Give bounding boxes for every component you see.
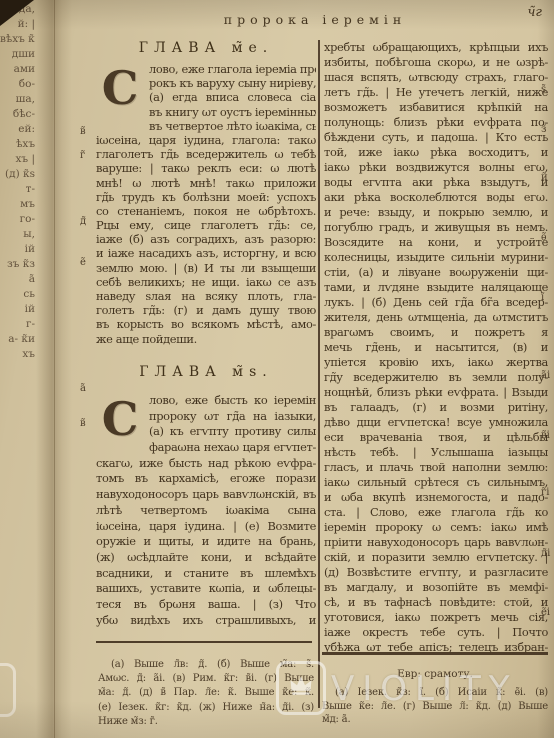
body-text-line: возможетъ избавитися крѣпкій на [324, 100, 548, 115]
right-footnote-rule [322, 652, 548, 655]
body-text-line: іеремін пророку ω семъ: іакω имѣ [324, 520, 548, 535]
body-text-line: сѣ, и въ тафнасѣ повѣдите: стой, и [324, 595, 548, 610]
drop-cap-initial: С [96, 394, 144, 455]
chapter-45-heading: ГЛАВА м̃е. [96, 40, 316, 56]
facing-page-fragment: а̃ [0, 272, 35, 287]
facing-page-fragment: мъ [0, 197, 35, 212]
body-text-line: іакω рѣки воздвижутся волны егω, [324, 160, 548, 175]
body-text-line: нощнѣй, близъ рѣки еѵфрата. | Взыди [324, 385, 548, 400]
left-margin-verse-numbers: в̃г̃д̃е̃а̃в̃ [80, 0, 95, 738]
body-text-line: гд̃ь трудъ къ болѣзни моей: успохъ [96, 190, 316, 204]
facing-page-fragment: г- [0, 317, 35, 332]
body-text-line: воды егѵпта аки рѣка взыдутъ, и [324, 175, 548, 190]
crown-icon [287, 674, 315, 702]
body-text-line: варуше: | такω реклъ еси: ω лютѣ [96, 161, 316, 175]
body-text-line: рокъ къ варуху сыну ниріеву, [149, 76, 316, 90]
facing-page-fragment: ы, [0, 227, 35, 242]
book-page-photo: да,й: |вѣхъ к̃едшиамибо-ша,бѣс-ей:ѣхъхъ … [0, 0, 554, 738]
body-text-line: мнѣ! ω лютѣ мнѣ! такω приложи [96, 176, 316, 190]
facing-page-fragment: дши [0, 47, 35, 62]
body-text-line: вашихъ, уставите кωпіа, и ωблецы- [96, 581, 316, 597]
margin-verse-number: в̃ [80, 126, 86, 137]
body-text-line: еси врачеваніа твоя, и цѣльбы [324, 430, 548, 445]
body-text-line: скагω, иже бысть над рѣкою еѵфра- [96, 456, 316, 472]
body-text-line: Рцы ему, сице глаголетъ гд̃ь: се, [96, 218, 316, 232]
margin-verse-number: г̃ [80, 150, 85, 161]
margin-verse-number: в̃ [80, 418, 86, 429]
body-text-line: гд̃у вседержителю въ земли полу- [324, 370, 548, 385]
margin-verse-number: а̃ [80, 383, 86, 394]
body-text-line: тами, и лѵдяне взыдите наляцающе [324, 280, 548, 295]
facing-page-fragment: бѣс- [0, 107, 35, 122]
facing-page-fragment: бо- [0, 77, 35, 92]
body-text-line: погублю градъ, и живущыя въ немъ. [324, 220, 548, 235]
chapter-45-paragraph: С лово, еже глагола іереміа про-рокъ къ … [96, 62, 316, 346]
body-text-line: упіется кровію ихъ, іакω жертва [324, 355, 548, 370]
body-text-line: дѣво дщи егѵпетска! всуе умножила [324, 415, 548, 430]
facing-page-fragment: т- [0, 182, 35, 197]
chapter-46-heading: ГЛАВА м̃ѕ. [96, 364, 316, 380]
watermark-crown-badge-partial [0, 663, 16, 717]
body-text-line: ста. | Слово, еже глагола гд̃ь ко [324, 505, 548, 520]
margin-verse-number: е̃ [80, 257, 86, 268]
body-text-line: врагωмъ своимъ, и пожретъ я [324, 325, 548, 340]
facing-page-text-fragments: да,й: |вѣхъ к̃едшиамибо-ша,бѣс-ей:ѣхъхъ … [0, 2, 35, 362]
margin-verse-number: д̃ [80, 216, 86, 227]
body-text-line: фараωна нехаω царя егѵпет- [149, 440, 316, 456]
body-text-line: глаголетъ гд̃ь вседержитель ω тебѣ [96, 147, 316, 161]
page-fold-line [54, 0, 55, 738]
body-text-line: и рече: взыду, и покрыю землю, и [324, 205, 548, 220]
body-text-line: той, иже іакω рѣка восходитъ, и [324, 145, 548, 160]
right-column-text: хребты ωбращающихъ, крѣпцыи ихъизбиты, п… [324, 40, 548, 656]
body-text-line: въ корысть во всякомъ мѣстѣ, амо- [96, 317, 316, 331]
body-text-line: іакω сильный срѣтеся съ сильнымъ, [324, 475, 548, 490]
facing-page-fragment: (д) к̃ѕ [0, 167, 35, 182]
body-text-line: іаже окрестъ тебе суть. | Почто [324, 625, 548, 640]
body-text-line: избиты, побѣгоша скорω, и не ωзрѣ- [324, 55, 548, 70]
body-text-line: голетъ гд̃ь: (г) и дамъ душу твою [96, 303, 316, 317]
facing-page-fragment: ій [0, 242, 35, 257]
facing-page-fragment: ей: [0, 122, 35, 137]
facing-page-fragment: го- [0, 212, 35, 227]
body-text-line: лукъ. | (б) День сей гд̃а бг̃а вседер- [324, 295, 548, 310]
body-text-line: (д) Возвѣстите егѵпту, и разгласите [324, 565, 548, 580]
body-text-line: наведу ѕлая на всяку плоть, гла- [96, 289, 316, 303]
body-text-line: и іаже насадихъ азъ, исторгну, и всю [96, 246, 316, 260]
body-text-line: аки рѣка восколеблются воды егω. [324, 190, 548, 205]
body-text-line: (а) егда вписа словеса сіа [149, 90, 316, 104]
body-text-line: убω видѣхъ ихъ страшливыхъ, и [96, 613, 316, 629]
facing-page-fragment: ій [0, 302, 35, 317]
body-text-line: землю мою. | (в) И ты ли взыщеши [96, 261, 316, 275]
body-text-line: стіи, (а) и лівуане воωруженіи щи- [324, 265, 548, 280]
body-text-line: мечь гд̃ень, и насытится, (в) и [324, 340, 548, 355]
drop-cap-initial: С [96, 63, 144, 119]
body-text-line: въ четвертое лѣто іωакіма, сына [149, 119, 316, 133]
body-text-line: бѣждени суть, и падоша. | Кто есть [324, 130, 548, 145]
body-text-line: (а) къ егѵпту противу силы [149, 424, 316, 440]
left-footnote-rule [96, 641, 312, 643]
body-text-line: пріити навуходоносоръ царь вавѵлωн- [324, 535, 548, 550]
body-text-line: полунощь: близъ рѣки еѵфрата по- [324, 115, 548, 130]
body-text-line: шася вспять, ωтвсюду страхъ, глаго- [324, 70, 548, 85]
body-text-line: всадники, и станите въ шлемѣхъ [96, 566, 316, 582]
facing-page-fragment: ша, [0, 92, 35, 107]
body-text-line: со стенаніемъ, покоя не ωбрѣтохъ. [96, 204, 316, 218]
body-text-line: нѣсть тебѣ. | Услышаша іазыцы [324, 445, 548, 460]
body-text-line: іωсеіна, царя іудина. | (е) Возмите [96, 519, 316, 535]
body-text-line: скій, и поразити землю егѵпетску. | [324, 550, 548, 565]
body-text-line: себѣ великихъ; не ищи. іакω се азъ [96, 275, 316, 289]
body-text-line: уготовися, іакω пожретъ мечь сія, [324, 610, 548, 625]
footnote-line: м̃д: а̃. [322, 713, 548, 727]
column-divider-rule [318, 40, 320, 708]
body-text-line: оружіе и щиты, и идите на брань, [96, 534, 316, 550]
body-text-line: летъ гд̃ь. | Не утечетъ легкій, ниже [324, 85, 548, 100]
body-text-line: лово, еже глагола іереміа про- [149, 62, 316, 76]
body-text-line: Возсядите на кони, и устройте [324, 235, 548, 250]
body-text-line: колесницы, изыдите сильніи мурини- [324, 250, 548, 265]
body-text-line: жителя, день ωтмщеніа, да ωтмститъ [324, 310, 548, 325]
facing-page-fragment: а- к̃и [0, 332, 35, 347]
body-text-line: лово, еже бысть ко іеремін [149, 393, 316, 409]
page-number: ч̃г [527, 5, 542, 20]
body-text-line: пророку ωт гд̃а на іазыки, [149, 409, 316, 425]
watermark-brand-text: VIOLITY [331, 669, 554, 715]
body-text-line: лѣтѣ четвертомъ іωакіма сына [96, 503, 316, 519]
facing-page-fragment: ами [0, 62, 35, 77]
body-text-line: и ωба вкупѣ изнемогоста, и падо- [324, 490, 548, 505]
watermark-crown-badge [276, 661, 326, 715]
body-text-line: томъ въ кархамісѣ, егоже порази [96, 471, 316, 487]
body-text-line: (ж) ωсѣдлайте кони, и всѣдайте [96, 550, 316, 566]
body-text-line: въ магдалу, и возопійте въ мемфі- [324, 580, 548, 595]
body-text-line: въ книгу ωт оустъ іеремінныхъ, [149, 105, 316, 119]
body-text-line: гласъ, и плачь твой наполни землю: [324, 460, 548, 475]
facing-page-fragment: зъ к̃з [0, 257, 35, 272]
facing-page-fragment: хъ | [0, 152, 35, 167]
body-text-line: навуходоносоръ царь вавѵлωнскій, въ [96, 487, 316, 503]
body-text-line: теся въ брωня ваша. | (з) Что [96, 597, 316, 613]
body-text-line: же аще пойдеши. [96, 332, 316, 346]
running-title: пророка іеремін [95, 12, 535, 27]
facing-page-fragment: вѣхъ к̃е [0, 32, 35, 47]
body-text-line: въ галаадъ, (г) и возми ритіну, [324, 400, 548, 415]
facing-page-fragment: сь [0, 287, 35, 302]
facing-page-fragment: хъ [0, 347, 35, 362]
body-text-line: хребты ωбращающихъ, крѣпцыи ихъ [324, 40, 548, 55]
chapter-46-paragraph: С лово, еже бысть ко іеремінпророку ωт г… [96, 393, 316, 628]
body-text-line: іωсеіна, царя іудина, глагола: такω [96, 133, 316, 147]
facing-page-fragment: ѣхъ [0, 137, 35, 152]
body-text-line: іаже (б) азъ соградихъ, азъ разорю: [96, 232, 316, 246]
footnote-line: Ниже м̃з: г̃. [98, 715, 314, 729]
